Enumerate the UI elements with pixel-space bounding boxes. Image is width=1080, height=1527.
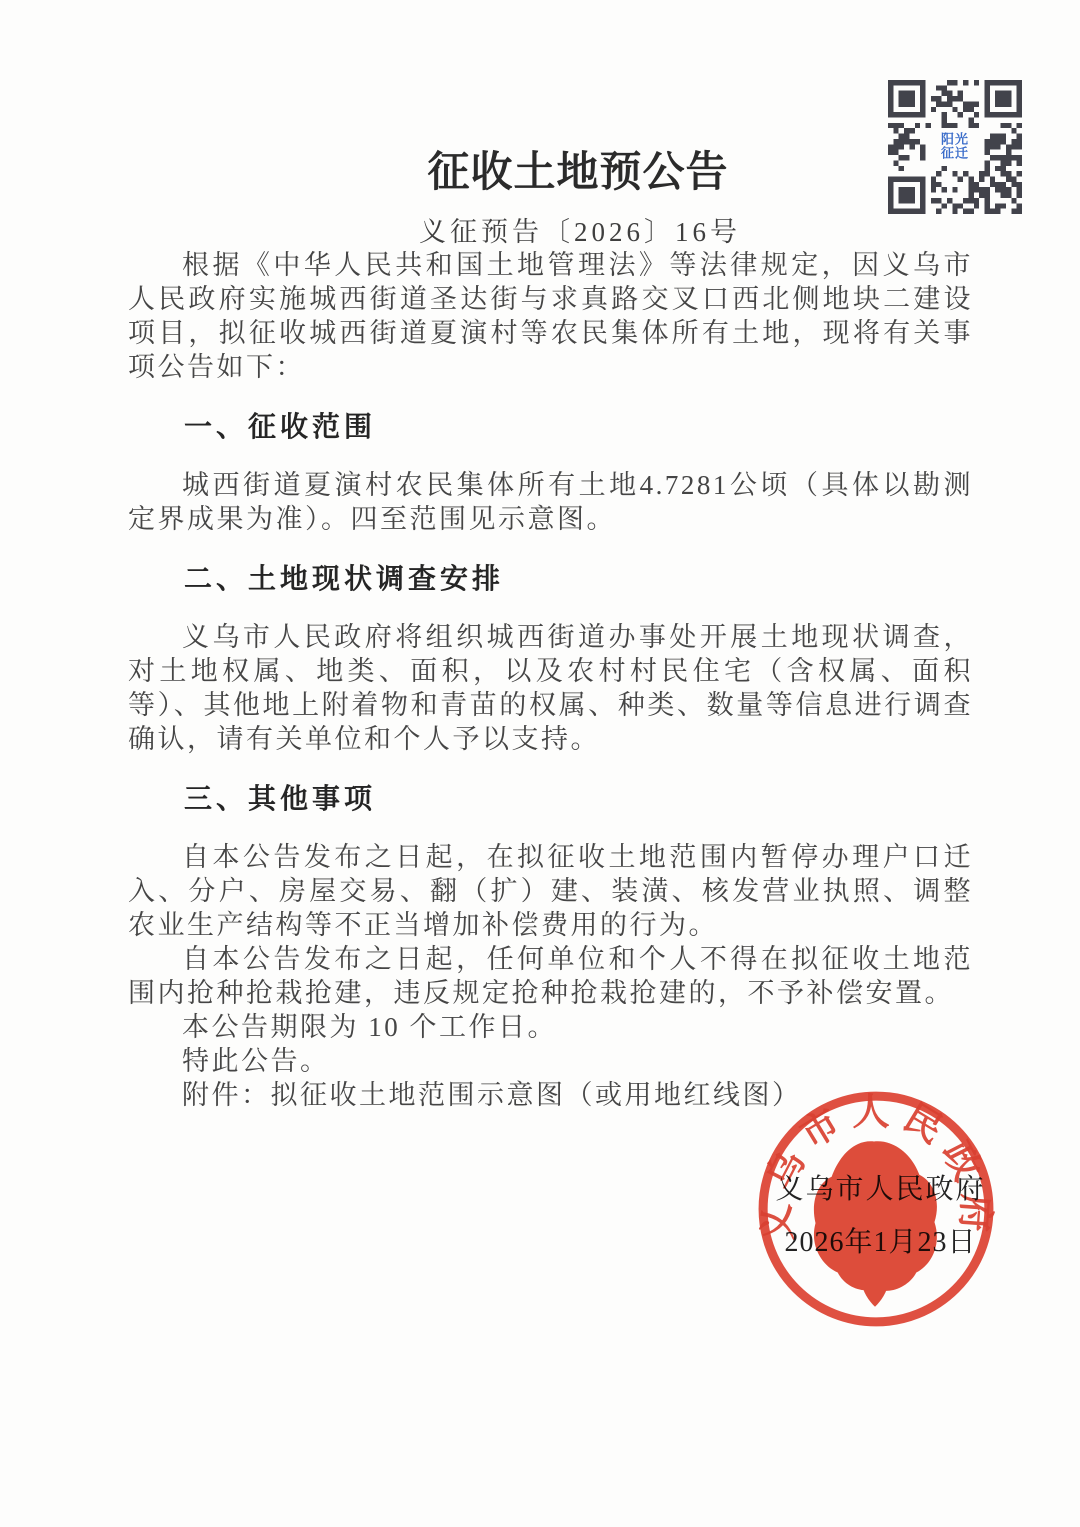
section-3-paragraph-5: 附件：拟征收土地范围示意图（或用地红线图） <box>128 1078 973 1112</box>
section-3-paragraph-4: 特此公告。 <box>128 1044 973 1078</box>
section-1-heading: 一、征收范围 <box>128 410 973 444</box>
seal-ring <box>763 1096 989 1322</box>
section-2-heading: 二、土地现状调查安排 <box>128 562 973 596</box>
section-1-paragraph-1: 城西街道夏演村农民集体所有土地4.7281公顷（具体以勘测定界成果为准）。四至范… <box>128 468 973 536</box>
section-3-paragraph-1: 自本公告发布之日起，在拟征收土地范围内暂停办理户口迁入、分户、房屋交易、翻（扩）… <box>128 840 973 942</box>
section-2-paragraph-1: 义乌市人民政府将组织城西街道办事处开展土地现状调查，对土地权属、地类、面积，以及… <box>128 620 973 756</box>
signature-issuer: 义乌市人民政府 <box>738 1173 1023 1207</box>
seal-emblem <box>814 1141 937 1306</box>
signature-date: 2026年1月23日 <box>738 1226 1023 1260</box>
official-seal: 义乌市人民政府 <box>750 1083 1002 1335</box>
svg-text:义乌市人民政府: 义乌市人民政府 <box>756 1092 997 1243</box>
section-3-heading: 三、其他事项 <box>128 782 973 816</box>
seal-arc-text: 义乌市人民政府 <box>756 1092 997 1243</box>
section-3-paragraph-3: 本公告期限为 10 个工作日。 <box>128 1010 973 1044</box>
section-3-paragraph-2: 自本公告发布之日起，任何单位和个人不得在拟征收土地范围内抢种抢栽抢建，违反规定抢… <box>128 942 973 1010</box>
document-body: 根据《中华人民共和国土地管理法》等法律规定，因义乌市人民政府实施城西街道圣达街与… <box>128 248 973 1112</box>
document-number: 义征预告〔2026〕16号 <box>40 216 1080 248</box>
qr-label-line1: 阳光 <box>941 132 969 146</box>
land-expropriation-announcement: 阳光 征迁 征收土地预公告 义征预告〔2026〕16号 根据《中华人民共和国土地… <box>0 0 1080 1527</box>
document-title: 征收土地预公告 <box>38 148 1080 198</box>
intro-paragraph: 根据《中华人民共和国土地管理法》等法律规定，因义乌市人民政府实施城西街道圣达街与… <box>128 248 973 384</box>
